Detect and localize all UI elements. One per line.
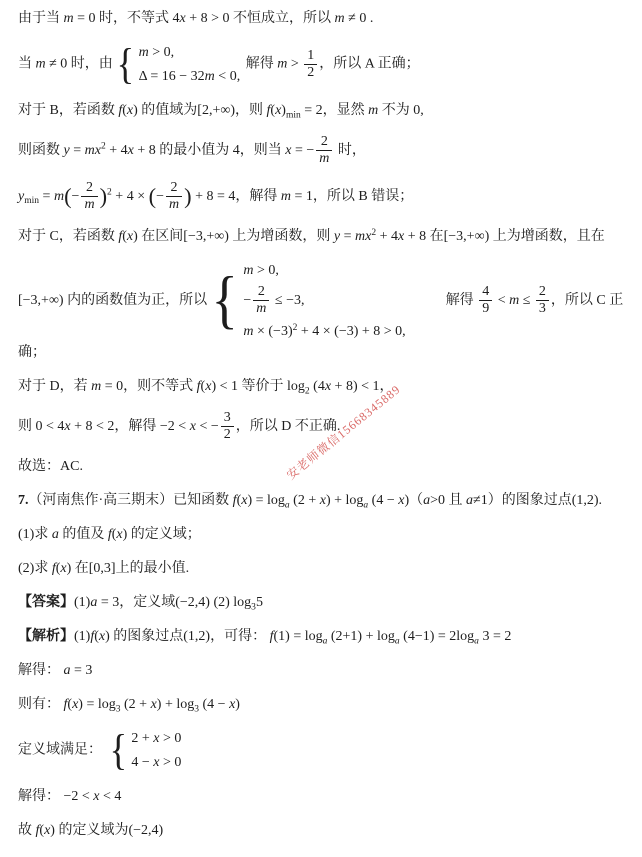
case-a-premise: 由于当 m = 0 时，不等式 4x + 8 > 0 不恒成立，所以 m ≠ 0…	[18, 8, 628, 29]
case-c-system: [−3,+∞) 内的函数值为正，所以{m > 0,−2m ≤ −3,m × (−…	[18, 260, 628, 362]
answer-choice: 故选：AC.	[18, 456, 628, 477]
document-body: 由于当 m = 0 时，不等式 4x + 8 > 0 不恒成立，所以 m ≠ 0…	[0, 0, 642, 857]
case-d-conclusion: 则 0 < 4x + 8 < 2，解得 −2 < x < −32，所以 D 不正…	[18, 410, 628, 443]
question-7: 7.（河南焦作·高三期末）已知函数 f(x) = loga (2 + x) + …	[18, 490, 628, 511]
analysis-step-2: 解得： a = 3	[18, 660, 628, 681]
analysis-conclusion: 故 f(x) 的定义域为(−2,4)	[18, 820, 628, 841]
question-7-part1: (1)求 a 的值及 f(x) 的定义域；	[18, 524, 628, 545]
case-b-conclusion: ymin = m(−2m)2 + 4 × (−2m) + 8 = 4，解得 m …	[18, 180, 628, 213]
analysis-solve: 解得： −2 < x < 4	[18, 786, 628, 807]
case-b-premise: 对于 B，若函数 f(x) 的值域为[2,+∞)，则 f(x)min = 2，显…	[18, 100, 628, 121]
case-a-solution: 当 m ≠ 0 时，由{m > 0,Δ = 16 − 32m < 0, 解得 m…	[18, 42, 628, 87]
case-c-premise: 对于 C，若函数 f(x) 在区间[−3,+∞) 上为增函数，则 y = mx2…	[18, 226, 628, 247]
analysis-step-1: 【解析】(1)f(x) 的图象过点(1,2)，可得： f(1) = loga (…	[18, 626, 628, 647]
document-page: { "page": { "background": "#ffffff", "te…	[0, 0, 642, 857]
analysis-domain-system: 定义域满足： {2 + x > 04 − x > 0	[18, 728, 628, 773]
analysis-step-3: 则有： f(x) = log3 (2 + x) + log3 (4 − x)	[18, 694, 628, 715]
case-b-vertex: 则函数 y = mx2 + 4x + 8 的最小值为 4，则当 x = −2m …	[18, 134, 628, 167]
question-7-part2: (2)求 f(x) 在[0,3]上的最小值.	[18, 558, 628, 579]
case-d-premise: 对于 D，若 m = 0，则不等式 f(x) < 1 等价于 log2 (4x …	[18, 376, 628, 397]
answer-line: 【答案】(1)a = 3，定义域(−2,4) (2) log35	[18, 592, 628, 613]
